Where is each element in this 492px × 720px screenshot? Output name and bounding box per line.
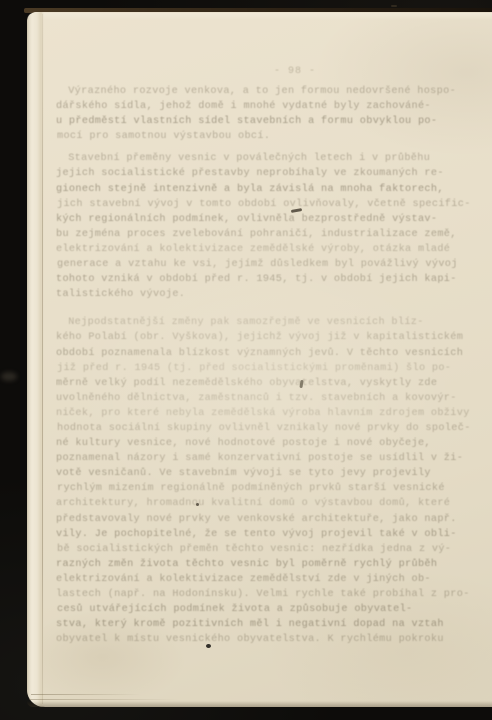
text-line: lastech (např. na Hodonínsku). Velmi ryc… — [56, 587, 489, 602]
text-line: představovaly nové prvky ve venkovské ar… — [56, 512, 489, 527]
text-line: stva, který kromě pozitivních měl i nega… — [56, 617, 489, 632]
text-line: mocí pro samotnou výstavbou obcí. — [57, 129, 489, 144]
text-line: hodnota sociální skupiny ovlivněl vznika… — [57, 421, 489, 436]
text-line: období poznamenala blízkost významných j… — [56, 346, 489, 361]
text-line: kých regionálních podmínek, ovlivněla be… — [56, 212, 489, 227]
text-line: jich stavební vývoj v tomto období ovliv… — [57, 197, 489, 212]
text-line: dářského sídla, jehož domě i mnohé vydat… — [56, 99, 489, 114]
text-line: elektrizování a kolektivizace zemědělské… — [56, 242, 489, 257]
text-line: votě vesničanů. Ve stavebním vývoji se t… — [56, 466, 489, 481]
text-line: měrně velký podíl nezemědělského obyvate… — [56, 376, 489, 391]
text-line: razných změn života těchto vesnic byl po… — [56, 557, 489, 572]
paragraph: Výrazného rozvoje venkova, a to jen form… — [56, 84, 489, 144]
text-line: jejich socialistické přestavby neprobíha… — [56, 166, 489, 181]
text-line: talistického vývoje. — [56, 287, 489, 302]
text-line: Nejpodstatnější změny pak samozřejmě ve … — [56, 315, 489, 330]
page-number-bleed: - 98 - — [265, 66, 325, 77]
text-line: bě socialistických přeměn těchto vesnic:… — [57, 542, 489, 557]
paragraph: Stavební přeměny vesnic v poválečných le… — [56, 151, 489, 302]
fore-edge-groove — [42, 14, 43, 704]
text-line: né kultury vesnice, nové hodnotové posto… — [56, 436, 489, 451]
text-line: elektrizování a kolektivizace zemědělstv… — [56, 572, 489, 587]
text-line: kého Polabí (obr. Vyškova), jejichž vývo… — [56, 330, 489, 345]
page-bottom-shadow — [27, 701, 492, 707]
text-line: tohoto vzniká v období před r. 1945, tj.… — [56, 272, 489, 287]
page-top-highlight — [27, 13, 492, 20]
text-line: gionech stejně intenzivně a byla závislá… — [56, 182, 489, 197]
text-line: u předměstí vlastních sídel stavebních a… — [56, 114, 489, 129]
paragraph: Nejpodstatnější změny pak samozřejmě ve … — [56, 315, 489, 647]
page-stack-line — [29, 699, 179, 700]
ink-speck — [391, 5, 397, 7]
text-line: bu zejména proces zvelebování pohraničí,… — [56, 227, 489, 242]
text-line: již před r. 1945 (tj. před socialistický… — [57, 361, 489, 376]
text-line: rychlým mizením regionálně podmíněných p… — [57, 481, 489, 496]
text-line: architektury, hromadnou kvalitní domů o … — [56, 496, 489, 511]
text-line: generace a vztahu ke vsi, jejímž důsledk… — [57, 257, 489, 272]
text-line: vily. Je pochopitelné, že se tento vývoj… — [56, 527, 489, 542]
text-line: obyvatel k místu vesnického obyvatelstva… — [56, 632, 489, 647]
scanned-book-photo: - 98 - Výrazného rozvoje venkova, a to j… — [0, 0, 492, 720]
text-line: poznamenal názory i samé konzervativní p… — [56, 451, 489, 466]
text-line: niček, pro které nebyla zemědělská výrob… — [56, 406, 489, 421]
page-stack-line — [31, 694, 141, 695]
backdrop-smudge — [1, 372, 17, 381]
bleedthrough-text: Výrazného rozvoje venkova, a to jen form… — [56, 84, 489, 647]
text-line: Výrazného rozvoje venkova, a to jen form… — [56, 84, 489, 99]
text-line: uvolněného dělnictva, zaměstnanců i tzv.… — [56, 391, 489, 406]
text-line: cesů utvářejících podmínek života a způs… — [57, 602, 489, 617]
text-line: Stavební přeměny vesnic v poválečných le… — [56, 151, 489, 166]
